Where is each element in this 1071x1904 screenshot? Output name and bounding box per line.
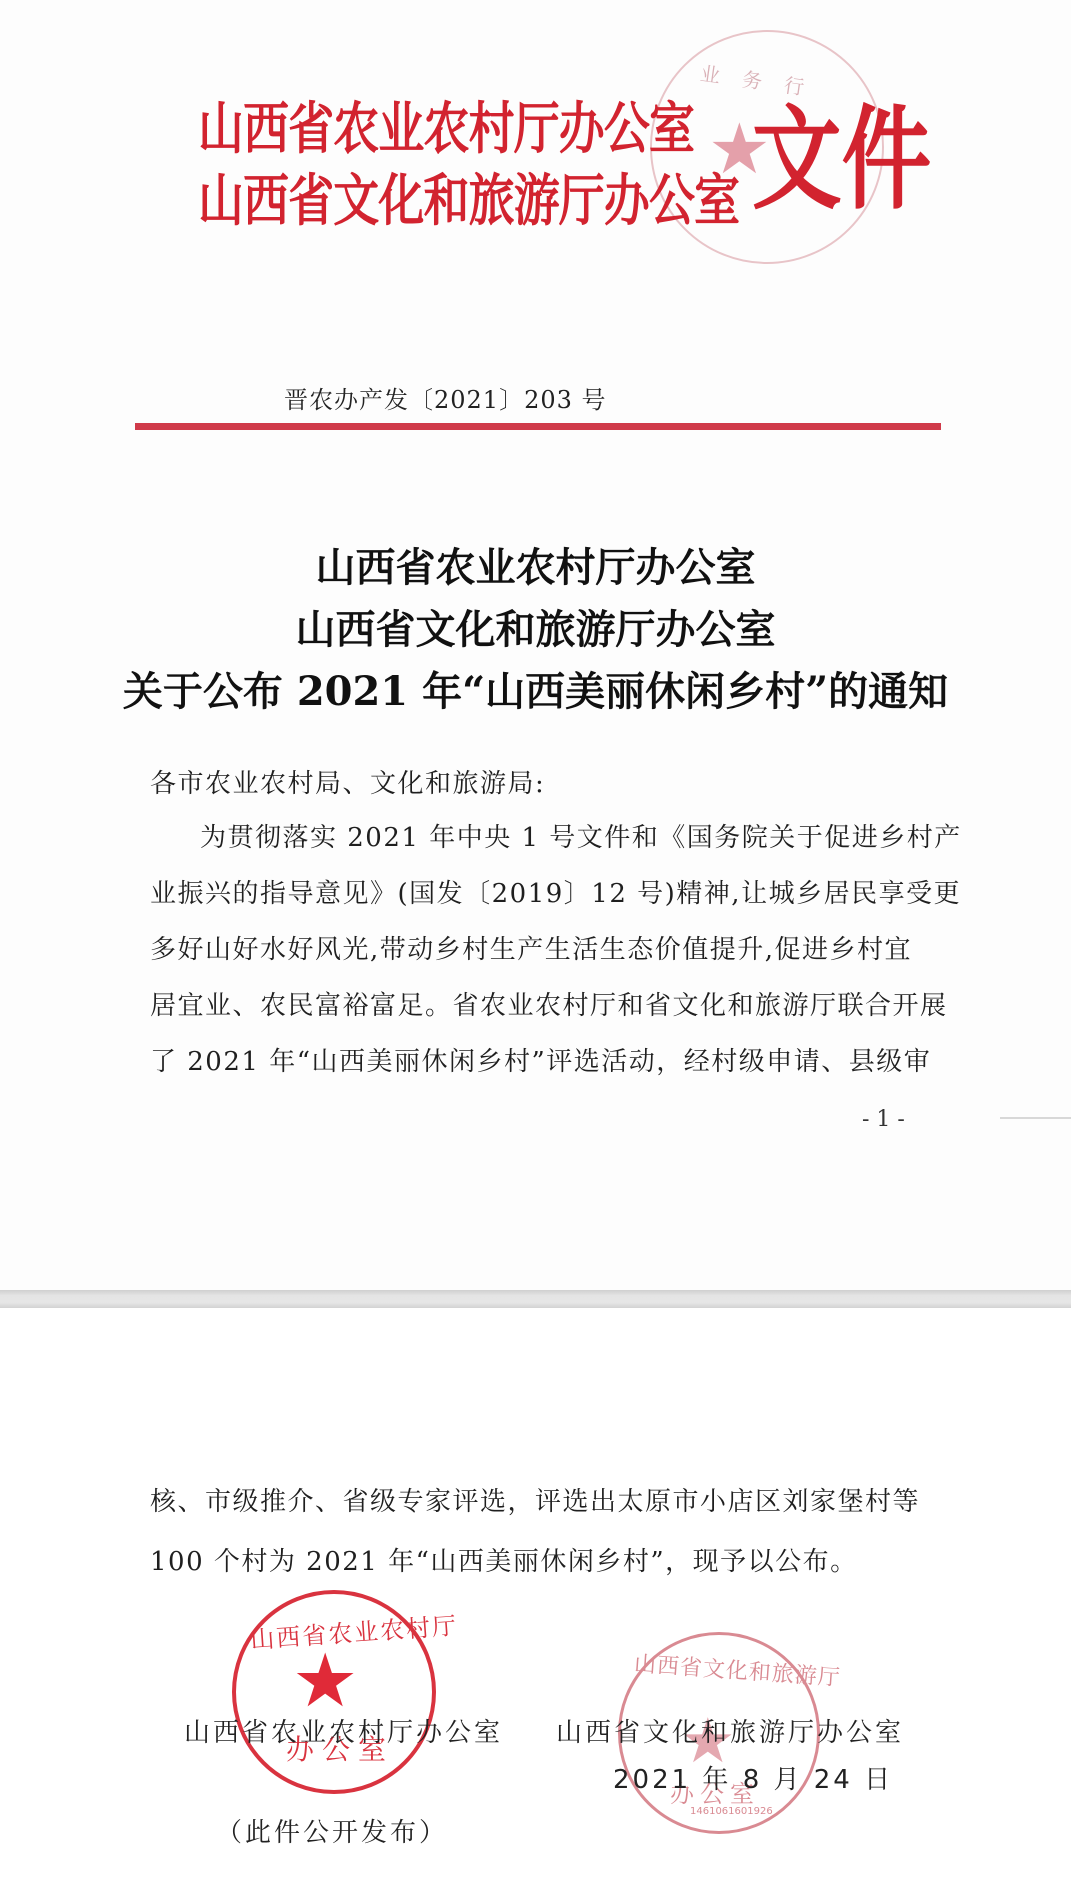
body-line-1: 为贯彻落实 2021 年中央 1 号文件和《国务院关于促进乡村产 bbox=[200, 812, 962, 864]
page-2: 核、市级推介、省级专家评选，评选出太原市小店区刘家堡村等 100 个村为 202… bbox=[0, 1308, 1071, 1904]
body-line-6: 核、市级推介、省级专家评选，评选出太原市小店区刘家堡村等 bbox=[150, 1476, 920, 1528]
notice-title-line-2: 山西省文化和旅游厅办公室 bbox=[0, 598, 1071, 655]
salutation: 各市农业农村局、文化和旅游局: bbox=[150, 758, 545, 810]
page-number: - 1 - bbox=[862, 1107, 905, 1132]
body-line-2: 业振兴的指导意见》(国发〔2019〕12 号)精神,让城乡居民享受更 bbox=[150, 868, 961, 920]
edge-mark bbox=[1000, 1117, 1071, 1119]
issuer-line-2: 山西省文化和旅游厅办公室 bbox=[198, 168, 739, 234]
body-line-3: 多好山好水好风光,带动乡村生产生活生态价值提升,促进乡村宜 bbox=[150, 924, 912, 976]
page-1: 业 务 行 ★ 山西省农业农村厅办公室 山西省文化和旅游厅办公室 文件 晋农办产… bbox=[0, 0, 1071, 1290]
issuer-line-1: 山西省农业农村厅办公室 bbox=[198, 96, 694, 162]
notice-title-line-1: 山西省农业农村厅办公室 bbox=[0, 536, 1071, 593]
disclosure-note: （此件公开发布） bbox=[216, 1812, 448, 1849]
body-line-5: 了 2021 年“山西美丽休闲乡村”评选活动，经村级申请、县级审 bbox=[150, 1036, 931, 1088]
signature-culture-tourism-office: 山西省文化和旅游厅办公室 bbox=[556, 1712, 904, 1749]
culture-seal-code: 1461061601926 bbox=[690, 1806, 773, 1817]
page-separator bbox=[0, 1290, 1071, 1308]
body-line-7: 100 个村为 2021 年“山西美丽休闲乡村”，现予以公布。 bbox=[150, 1536, 858, 1588]
notice-title-line-3: 关于公布 2021 年“山西美丽休闲乡村”的通知 bbox=[0, 660, 1071, 717]
body-line-4: 居宜业、农民富裕富足。省农业农村厅和省文化和旅游厅联合开展 bbox=[150, 980, 948, 1032]
signature-agriculture-office: 山西省农业农村厅办公室 bbox=[184, 1712, 503, 1749]
red-separator-rule bbox=[135, 423, 941, 430]
issue-date: 2021 年 8 月 24 日 bbox=[613, 1759, 893, 1796]
document-number: 晋农办产发〔2021〕203 号 bbox=[284, 380, 607, 415]
wenjian-label: 文件 bbox=[752, 100, 931, 220]
